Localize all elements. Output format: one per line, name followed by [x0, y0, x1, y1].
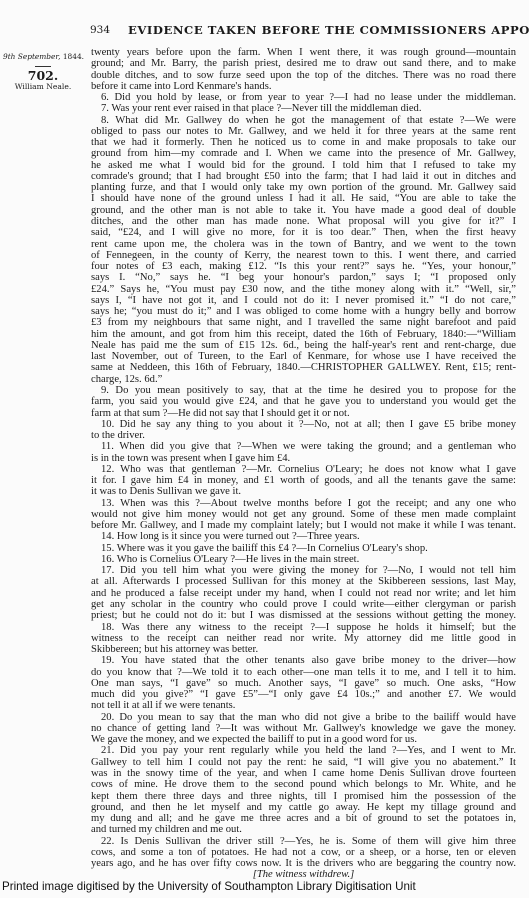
text-line: I should have none of the ground unless …: [91, 193, 516, 204]
text-line: at all. Afterwards I processed Sullivan …: [91, 576, 516, 587]
text-line: of Fennegeen, in the county of Kerry, th…: [91, 250, 516, 261]
text-line: double ditches, and to sow furze seed up…: [91, 70, 516, 81]
text-line: farm, you said you would give £24, and t…: [91, 396, 516, 407]
text-line: my dung and all; and he gave me three ac…: [91, 813, 516, 824]
testimony-text: twenty years before upon the farm. When …: [91, 47, 516, 881]
page-header: 934 EVIDENCE TAKEN BEFORE THE COMMISSION…: [90, 23, 520, 39]
margin-divider: [35, 66, 51, 67]
text-line: no chance of getting land ?—It was witho…: [91, 723, 516, 734]
text-line: ground, and then he let myself and my ca…: [91, 802, 516, 813]
hearing-date-year: 1844.: [60, 52, 84, 61]
text-line: was in the snowy time of the year, and w…: [91, 768, 516, 779]
text-line: 17. Did you tell him what you were givin…: [91, 565, 516, 576]
text-line: £24.” Says he, “You must pay £30 now, an…: [91, 284, 516, 295]
text-line: and turned my children and me out.: [91, 824, 516, 835]
text-line: Neale has paid me the sum of £15 12s. 6d…: [91, 340, 516, 351]
text-line: says I, “I have not got it, and I could …: [91, 295, 516, 306]
text-line: ground from him—my comrade and I. When w…: [91, 148, 516, 159]
text-line: planting furze, and that I would only ta…: [91, 182, 516, 193]
text-line: ground; and Mr. Barry, the parish priest…: [91, 58, 516, 69]
text-line: not tell it at all if we were tenants.: [91, 700, 516, 711]
text-line: Skibbereen; but his attorney was better.: [91, 644, 516, 655]
text-line: 22. Is Denis Sullivan the driver still ?…: [91, 836, 516, 847]
margin-note: 9th September, 1844. 702. William Neale.: [0, 52, 86, 92]
text-line: before Mr. Gallwey, and I made my compla…: [91, 520, 516, 531]
text-line: 13. When was this ?—About twelve months …: [91, 498, 516, 509]
text-line: 16. Who is Cornelius O'Leary ?—He lives …: [91, 554, 516, 565]
document-page: 934 EVIDENCE TAKEN BEFORE THE COMMISSION…: [0, 0, 529, 898]
text-line: comrade's ground; that I had brought £50…: [91, 171, 516, 182]
witness-name: William Neale.: [0, 82, 86, 92]
text-line: witness to the receipt can neither read …: [91, 633, 516, 644]
text-line: ground, and the other man is not able to…: [91, 205, 516, 216]
page-number: 934: [90, 24, 110, 36]
text-line: ditches, and the other man has made none…: [91, 216, 516, 227]
text-line: charge, 12s. 6d.”: [91, 374, 516, 385]
text-line: 11. When did you give that ?—When we wer…: [91, 441, 516, 452]
text-line: him the amount, and got from him this re…: [91, 329, 516, 340]
text-line: rent came upon me, the cholera was in th…: [91, 239, 516, 250]
text-line: that we had it formerly. Then he noticed…: [91, 137, 516, 148]
text-line: last November, out of Tureen, to the Ear…: [91, 351, 516, 362]
witness-number: 702.: [0, 69, 86, 82]
text-line: farm at that sum ?—He did not say that I…: [91, 408, 516, 419]
text-line: 15. Where was it you gave the bailiff th…: [91, 543, 516, 554]
text-line: 10. Did he say any thing to you about it…: [91, 419, 516, 430]
text-line: kept them there three days and three nig…: [91, 791, 516, 802]
text-line: to the driver.: [91, 430, 516, 441]
text-line: cows, and some a ton of potatoes. He had…: [91, 847, 516, 858]
text-line: 12. Who was that gentleman ?—Mr. Corneli…: [91, 464, 516, 475]
text-line: One man says, “I gave” so much. Another …: [91, 678, 516, 689]
text-line: We gave the money, and we expected the b…: [91, 734, 516, 745]
text-line: 9. Do you mean positively to say, that a…: [91, 385, 516, 396]
text-line: Gallwey to tell him I could not pay the …: [91, 757, 516, 768]
text-line: 8. What did Mr. Gallwey do when he got t…: [91, 115, 516, 126]
text-line: 20. Do you mean to say that the man who …: [91, 712, 516, 723]
text-line: said, “£24, and I will give no more, for…: [91, 227, 516, 238]
text-line: 14. How long is it since you were turned…: [91, 531, 516, 542]
text-line: much did you give?” “I gave £5”—“I only …: [91, 689, 516, 700]
text-line: would not give him money would not get a…: [91, 509, 516, 520]
text-line: is in the town was present when I gave h…: [91, 453, 516, 464]
text-line: says he; “you must do it;” and I was obl…: [91, 306, 516, 317]
text-line: 18. Was there any witness to the receipt…: [91, 622, 516, 633]
text-line: and he produced a false receipt under my…: [91, 588, 516, 599]
text-line: priest; but he could not do it: but I wa…: [91, 610, 516, 621]
text-line: [The witness withdrew.]: [91, 869, 516, 880]
hearing-date-day: 9th September,: [3, 52, 60, 61]
text-line: years ago, and he has over fifty cows no…: [91, 858, 516, 869]
hearing-date: 9th September, 1844.: [0, 52, 86, 61]
text-line: he asked me what I would bid for the gro…: [91, 160, 516, 171]
text-line: obliged to pass our notes to Mr. Gallwey…: [91, 126, 516, 137]
digitisation-footer: Printed image digitised by the Universit…: [2, 880, 416, 893]
text-line: £3 from my neighbours that same night, a…: [91, 317, 516, 328]
text-line: four notes of £3 each, making £12. “Is t…: [91, 261, 516, 272]
text-line: cows of mine. He drove them to the secon…: [91, 779, 516, 790]
text-line: before it came into Lord Kenmare's hands…: [91, 81, 516, 92]
text-line: 6. Did you hold by lease, or from year t…: [91, 92, 516, 103]
text-line: 21. Did you pay your rent regularly whil…: [91, 745, 516, 756]
text-line: twenty years before upon the farm. When …: [91, 47, 516, 58]
running-title: EVIDENCE TAKEN BEFORE THE COMMISSIONERS …: [128, 23, 529, 37]
text-line: same at Neddeen, this 16th of February, …: [91, 362, 516, 373]
text-line: 7. Was your rent ever raised in that pla…: [91, 103, 516, 114]
text-line: get any scholar in the country who could…: [91, 599, 516, 610]
text-line: do you know that ?—We told it to each ot…: [91, 667, 516, 678]
text-line: says I. “No,” says he. “I beg your honou…: [91, 272, 516, 283]
text-line: 19. You have stated that the other tenan…: [91, 655, 516, 666]
text-line: it for. I gave him £4 in money, and £1 w…: [91, 475, 516, 486]
text-line: it was to Denis Sullivan we gave it.: [91, 486, 516, 497]
